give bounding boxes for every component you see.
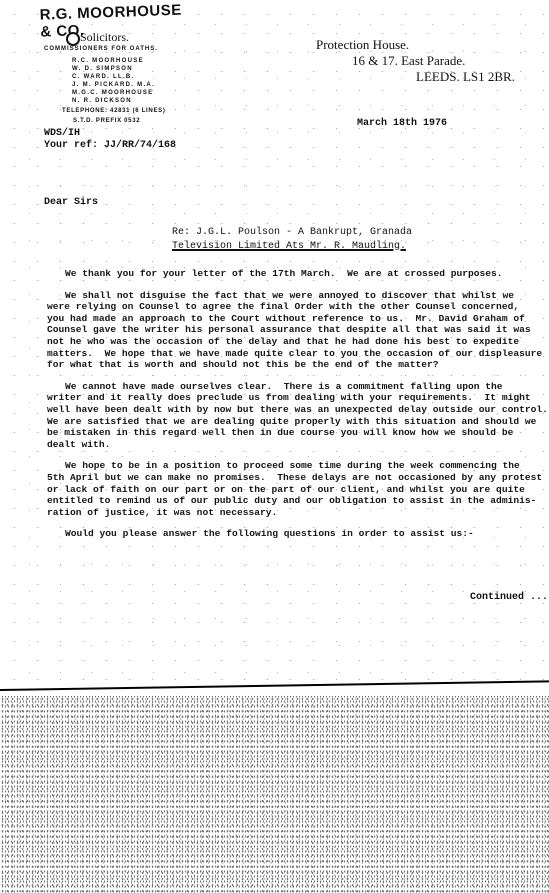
paragraph: We cannot have made ourselves clear. The…: [47, 381, 547, 451]
partners-list: R.C. MOORHOUSE W. D. SIMPSON C. WARD. LL…: [72, 57, 155, 105]
partner: N. R. DICKSON: [72, 97, 155, 105]
subject-line-2: Television Limited Ats Mr. R. Maudling.: [172, 240, 412, 254]
references: WDS/IH Your ref: JJ/RR/74/168: [44, 128, 176, 152]
page-edge-line: [0, 680, 549, 691]
telephone: TELEPHONE: 42831 (6 LINES): [62, 108, 166, 114]
paragraph-line: matters. We hope that we have made quite…: [47, 348, 547, 360]
paragraph-line: Counsel gave the writer his personal ass…: [47, 324, 547, 336]
firm-subtitle: Solicitors.: [80, 30, 129, 45]
paragraph: We shall not disguise the fact that we w…: [47, 290, 547, 371]
partner: C. WARD. LL.B.: [72, 73, 155, 81]
paragraph-line: We hope to be in a position to proceed s…: [47, 460, 547, 472]
salutation: Dear Sirs: [44, 197, 98, 208]
scan-noise-lower: [0, 696, 549, 893]
paragraph-line: dealt with.: [47, 439, 547, 451]
partner: M.G.C. MOORHOUSE: [72, 89, 155, 97]
paragraph-line: We cannot have made ourselves clear. The…: [47, 381, 547, 393]
partner: W. D. SIMPSON: [72, 65, 155, 73]
letter-date: March 18th 1976: [357, 118, 447, 129]
std-prefix: S.T.D. PREFIX 0532: [73, 118, 140, 124]
address-line: Protection House.: [316, 37, 409, 52]
paragraph-line: or lack of faith on our part or on the p…: [47, 484, 547, 496]
paragraph-line: We shall not disguise the fact that we w…: [47, 290, 547, 302]
seal-icon: [66, 32, 80, 46]
paragraph-line: writer and it really does preclude us fr…: [47, 392, 547, 404]
partner: R.C. MOORHOUSE: [72, 57, 155, 65]
paragraph-line: We are satisfied that we are dealing qui…: [47, 416, 547, 428]
letterhead: R.G. MOORHOUSE & CO. Solicitors. COMMISS…: [20, 4, 190, 129]
your-ref: Your ref: JJ/RR/74/168: [44, 140, 176, 152]
paragraph-line: Would you please answer the following qu…: [47, 528, 547, 540]
paragraph-line: ration of justice, it was not necessary.: [47, 507, 547, 519]
subject-line: Re: J.G.L. Poulson - A Bankrupt, Granada…: [172, 226, 412, 254]
letter-body: We thank you for your letter of the 17th…: [47, 268, 547, 550]
paragraph-line: We thank you for your letter of the 17th…: [47, 268, 547, 280]
paragraph: We hope to be in a position to proceed s…: [47, 460, 547, 518]
paragraph-line: for what that is worth and should not th…: [47, 359, 547, 371]
letter-page: R.G. MOORHOUSE & CO. Solicitors. COMMISS…: [0, 0, 549, 893]
address-line: 16 & 17. East Parade.: [352, 53, 465, 68]
address-line: LEEDS. LS1 2BR.: [416, 69, 515, 84]
paragraph: Would you please answer the following qu…: [47, 528, 547, 540]
paragraph-line: not he who was the occasion of the delay…: [47, 336, 547, 348]
paragraph-line: 5th April but we can make no promises. T…: [47, 472, 547, 484]
paragraph-line: be mistaken in this regard well then in …: [47, 427, 547, 439]
paragraph: We thank you for your letter of the 17th…: [47, 268, 547, 280]
commissioners-line: COMMISSIONERS FOR OATHS.: [44, 46, 158, 52]
partner: J. M. PICKARD. M.A.: [72, 81, 155, 89]
continued-marker: Continued ....: [470, 592, 549, 603]
paragraph-line: well have been dealt with by now but the…: [47, 404, 547, 416]
paragraph-line: you had made an approach to the Court wi…: [47, 313, 547, 325]
our-ref: WDS/IH: [44, 128, 176, 140]
paragraph-line: entitled to remind us of our public duty…: [47, 495, 547, 507]
subject-line-1: Re: J.G.L. Poulson - A Bankrupt, Granada: [172, 226, 412, 240]
paragraph-line: were relying on Counsel to agree the fin…: [47, 301, 547, 313]
